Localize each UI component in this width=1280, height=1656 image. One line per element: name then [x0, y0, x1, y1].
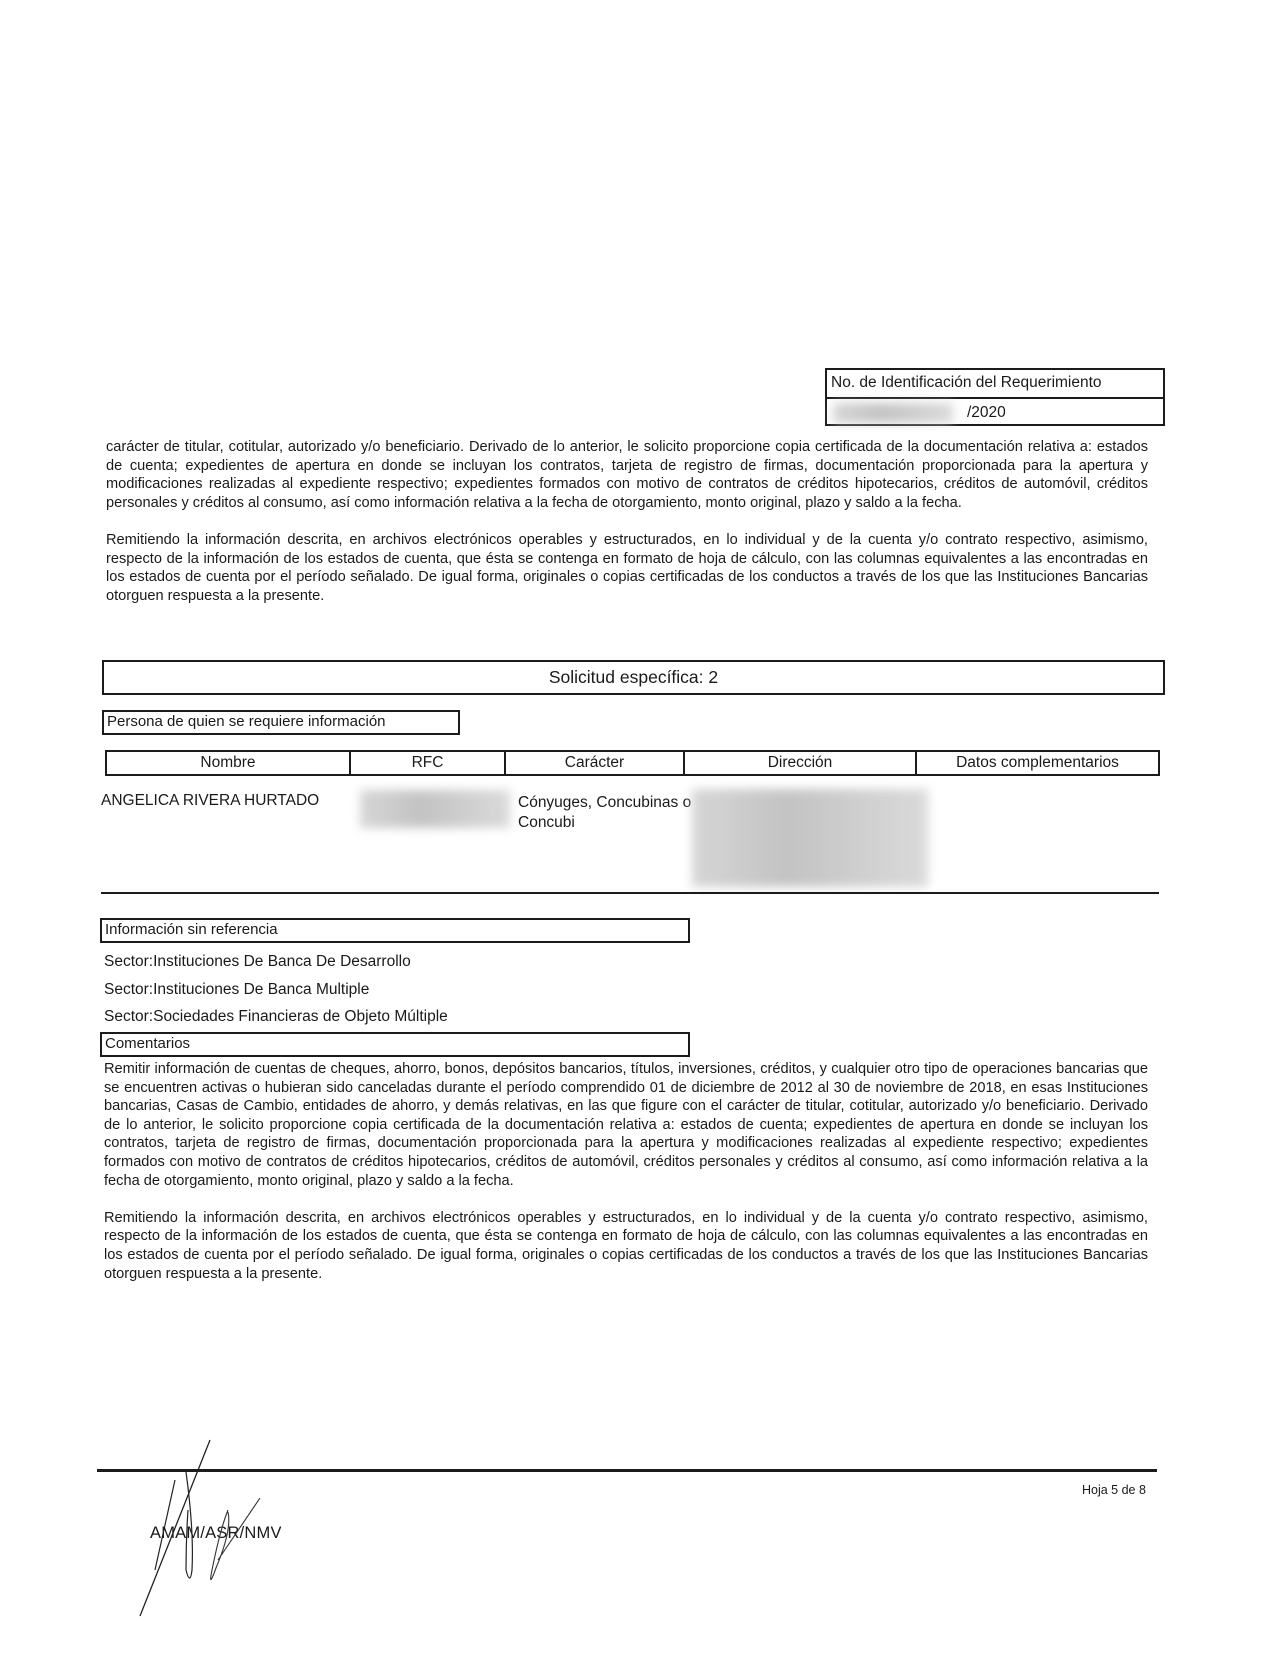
column-caracter: Carácter: [505, 751, 684, 775]
solicitud-title-box: Solicitud específica: 2: [102, 660, 1165, 695]
intro-paragraph: carácter de titular, cotitular, autoriza…: [106, 438, 1148, 512]
redacted-rfc: [360, 790, 510, 828]
redacted-direccion: [692, 789, 928, 887]
column-direccion: Dirección: [684, 751, 916, 775]
section-divider: [101, 892, 1159, 894]
requirement-id-box: No. de Identificación del Requerimiento …: [825, 368, 1165, 426]
column-rfc: RFC: [350, 751, 505, 775]
redacted-id: [833, 403, 953, 423]
intro-paragraph: Remitiendo la información descrita, en a…: [106, 531, 1148, 605]
comentario-paragraph: Remitir información de cuentas de cheque…: [104, 1060, 1148, 1190]
comentarios-label: Comentarios: [100, 1032, 690, 1057]
intro-text: carácter de titular, cotitular, autoriza…: [106, 438, 1148, 624]
signature-icon: [120, 1420, 360, 1620]
info-sin-referencia-label: Información sin referencia: [100, 918, 690, 943]
comentario-paragraph: Remitiendo la información descrita, en a…: [104, 1209, 1148, 1283]
requirement-id-value: /2020: [827, 399, 1163, 426]
requirement-id-year: /2020: [967, 399, 1006, 426]
comentarios-text: Remitir información de cuentas de cheque…: [104, 1060, 1148, 1302]
cell-caracter: Cónyuges, Concubinas o Concubi: [518, 793, 698, 833]
column-datos-complementarios: Datos complementarios: [916, 751, 1159, 775]
sector-item: Sector:Instituciones De Banca De Desarro…: [104, 952, 411, 972]
persona-section-label: Persona de quien se requiere información: [102, 710, 460, 735]
cell-nombre: ANGELICA RIVERA HURTADO: [101, 791, 319, 811]
solicitud-title: Solicitud específica: 2: [549, 667, 718, 687]
page-number: Hoja 5 de 8: [1082, 1483, 1146, 1497]
column-nombre: Nombre: [106, 751, 350, 775]
sector-item: Sector:Instituciones De Banca Multiple: [104, 980, 369, 1000]
persona-table-header: Nombre RFC Carácter Dirección Datos comp…: [105, 750, 1160, 776]
sector-item: Sector:Sociedades Financieras de Objeto …: [104, 1007, 448, 1027]
requirement-id-label: No. de Identificación del Requerimiento: [827, 370, 1163, 399]
